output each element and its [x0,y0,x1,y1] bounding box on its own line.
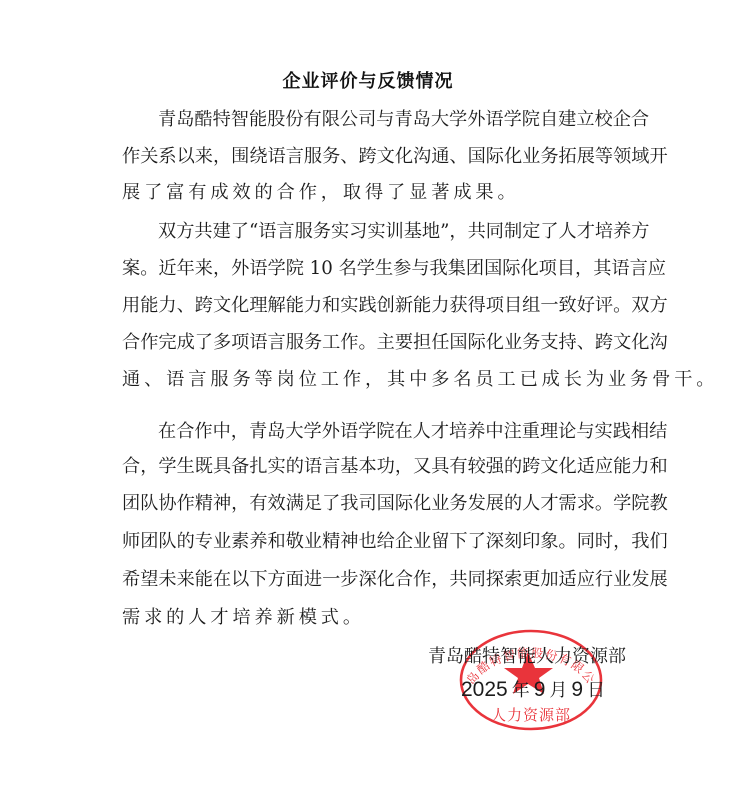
paragraph-3-line-5: 希望未来能在以下方面进一步深化合作，共同探索更加适应行业发展 [122,569,628,591]
paragraph-2-line-4: 合作完成了多项语言服务工作。主要担任国际化业务支持、跨文化沟 [122,332,628,354]
signature-department: 青岛酷特智能人力资源部 [428,646,616,668]
paragraph-3-line-6: 需求的人才培养新模式。 [122,607,628,629]
document-title: 企业评价与反馈情况 [0,70,736,94]
date-month: 9 [534,678,546,701]
paragraph-3-line-2: 合，学生既具备扎实的语言基本功，又具有较强的跨文化适应能力和 [122,456,628,478]
paragraph-3-line-3: 团队协作精神，有效满足了我司国际化业务发展的人才需求。学院教 [122,493,628,515]
date-year-char: 年 [512,680,530,701]
document-page: 企业评价与反馈情况 青岛酷特智能股份有限公司与青岛大学外语学院自建立校企合 作关… [0,0,736,805]
seal-bottom-text: 人力资源部 [491,706,571,724]
paragraph-1-line-1: 青岛酷特智能股份有限公司与青岛大学外语学院自建立校企合 [158,109,628,131]
date-month-char: 月 [549,680,567,701]
paragraph-2-line-1: 双方共建了“语言服务实习实训基地”，共同制定了人才培养方 [158,221,628,243]
paragraph-2-line-3: 用能力、跨文化理解能力和实践创新能力获得项目组一致好评。双方 [122,295,628,317]
date-day-char: 日 [587,680,605,701]
paragraph-1-line-3: 展了富有成效的合作，取得了显著成果。 [122,182,628,204]
paragraph-2-line-2: 案。近年来，外语学院 10 名学生参与我集团国际化项目，其语言应 [122,258,628,280]
signature-date: 2025年9月9日 [461,678,609,703]
paragraph-3-line-4: 师团队的专业素养和敬业精神也给企业留下了深刻印象。同时，我们 [122,531,628,553]
paragraph-3-line-1: 在合作中，青岛大学外语学院在人才培养中注重理论与实践相结 [158,421,628,443]
paragraph-2-line-5: 通、语言服务等岗位工作，其中多名员工已成长为业务骨干。 [122,369,628,391]
paragraph-1-line-2: 作关系以来，围绕语言服务、跨文化沟通、国际化业务拓展等领域开 [122,146,628,168]
date-day: 9 [571,678,583,701]
date-year: 2025 [461,678,508,701]
